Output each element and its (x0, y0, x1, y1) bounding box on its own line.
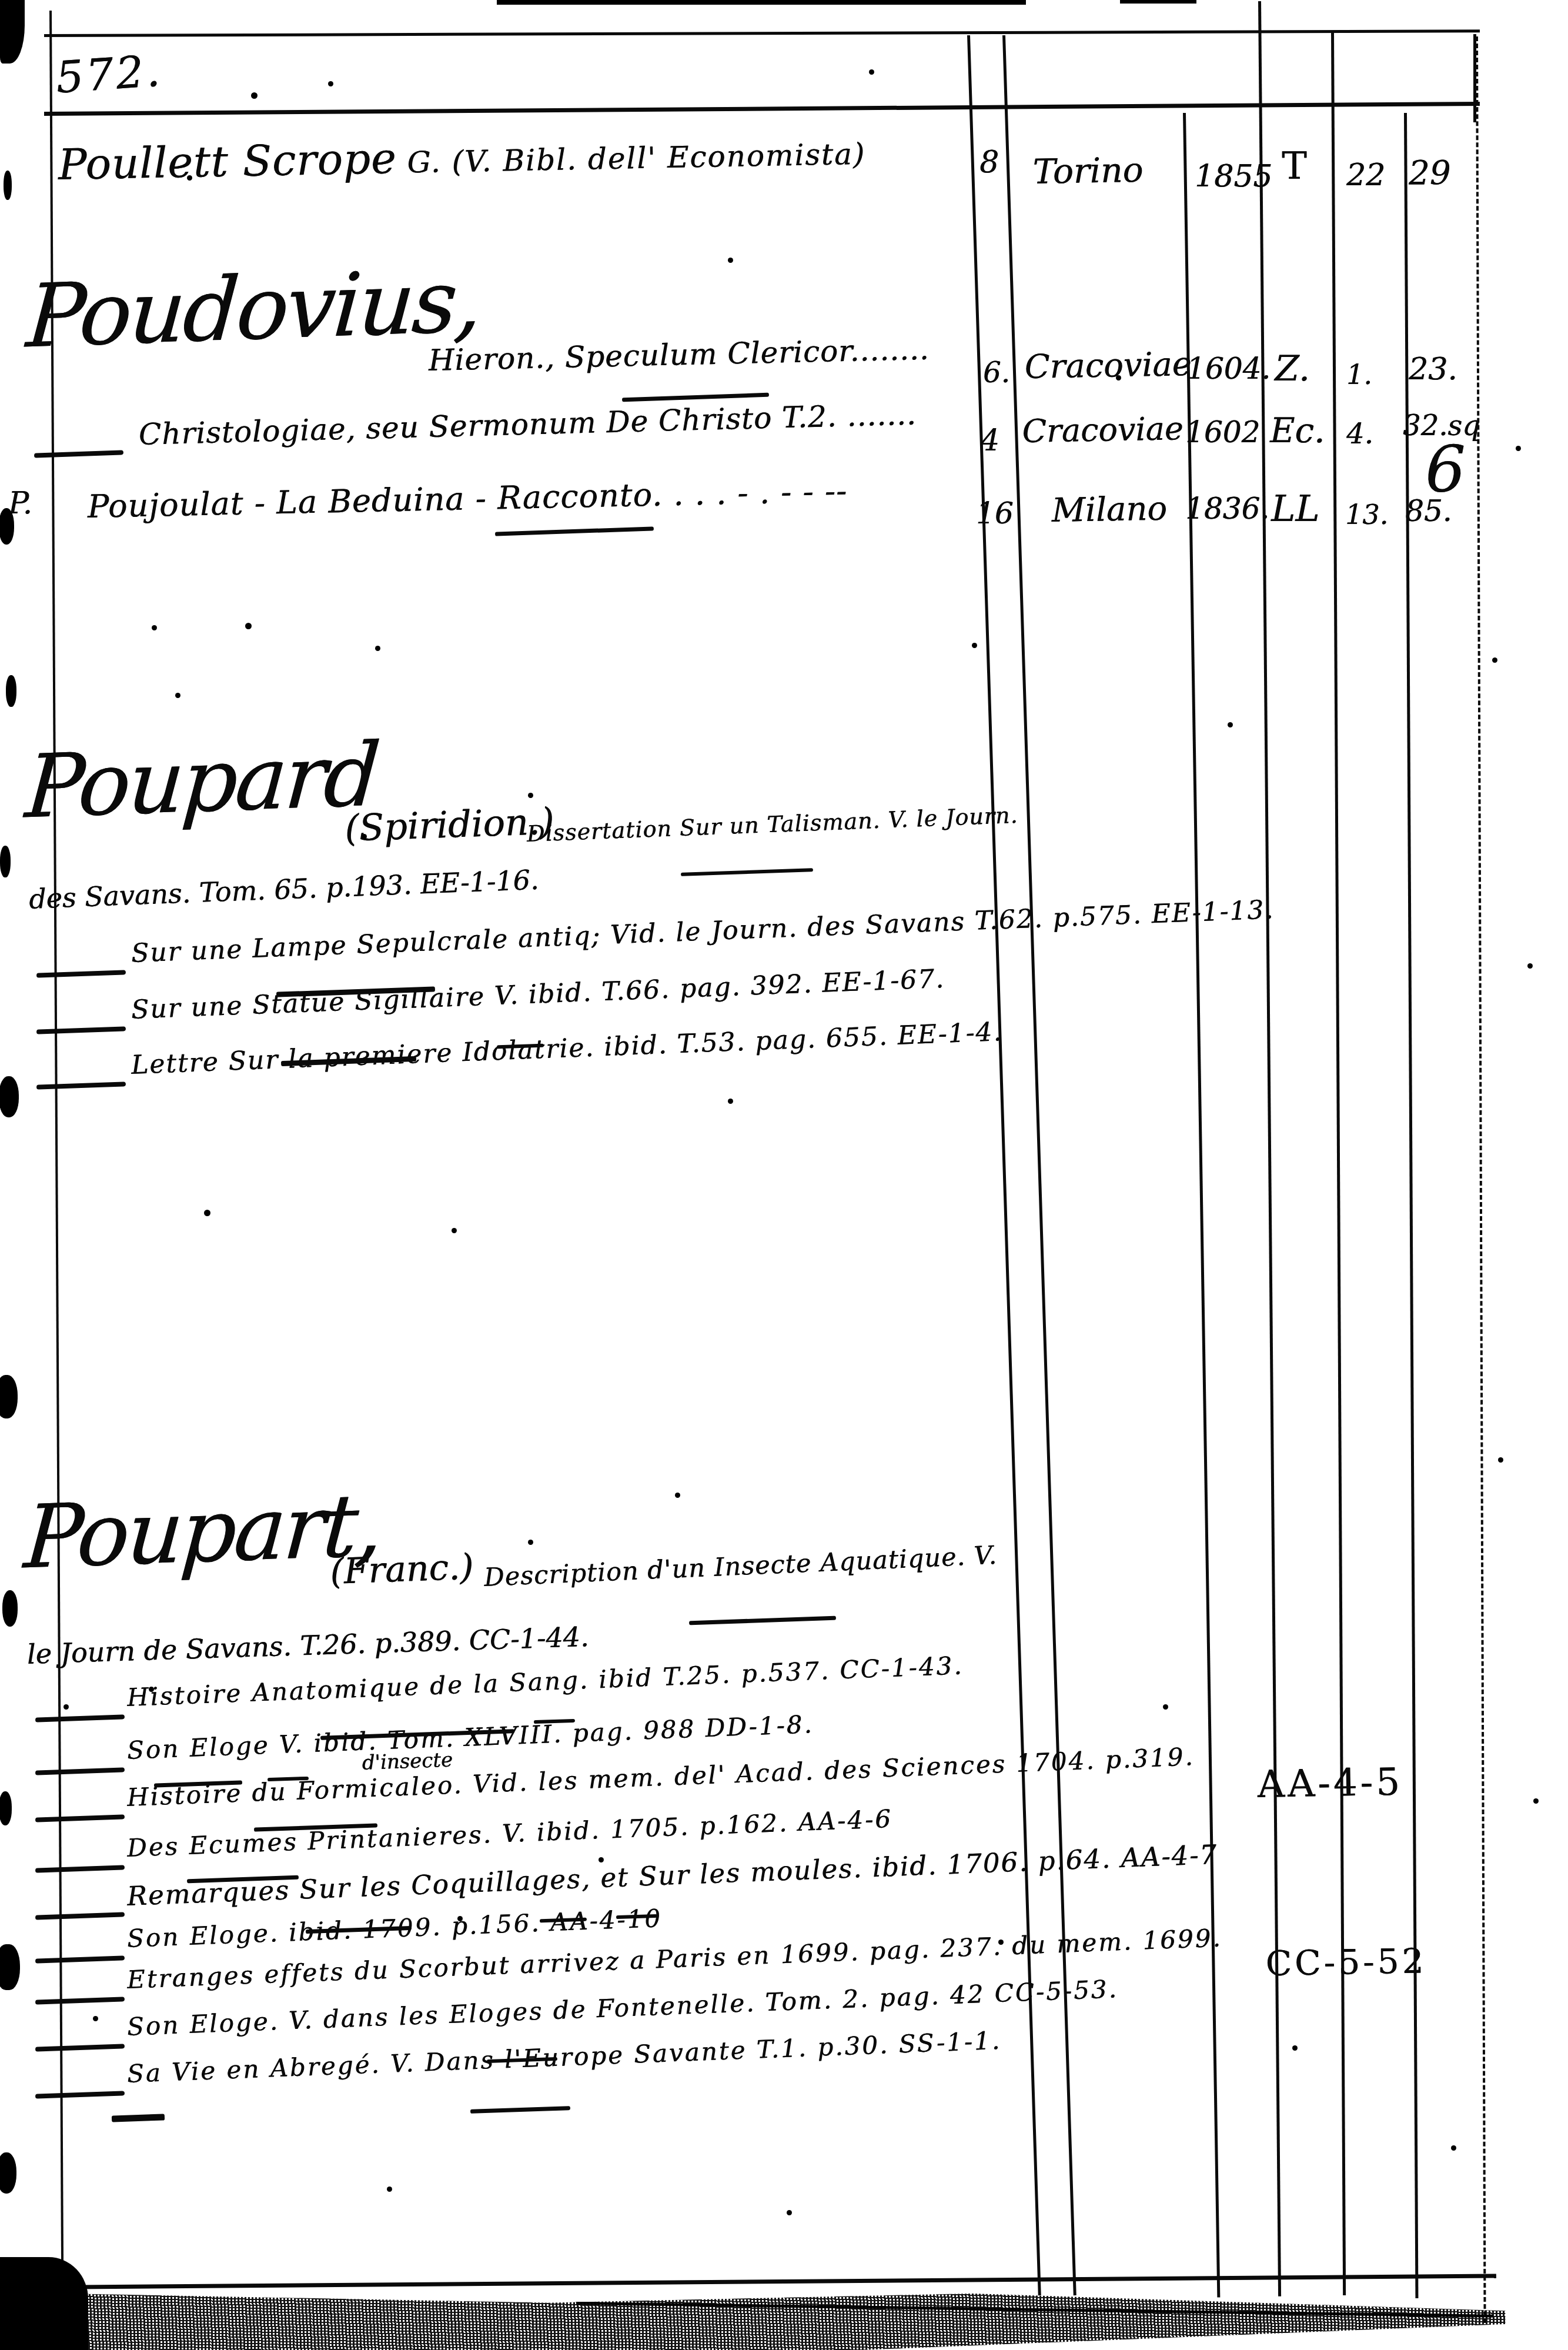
place-col-value: Milano (1051, 490, 1167, 530)
underline-stroke (689, 1616, 836, 1625)
scan-artifact (0, 0, 3, 3)
headword: Poudovius, (24, 250, 484, 367)
author-initial: G. (396, 145, 452, 180)
top-rule (44, 29, 1480, 37)
year-col-value: 1836. (1185, 492, 1269, 526)
author-note: (V. Bibl. dell' Economista) (452, 137, 866, 179)
entry-line: Sur une Lampe Sepulcrale antiq; Vid. le … (131, 894, 1275, 969)
series-col-value: LL (1271, 487, 1319, 530)
shelf-col-value: 22 (1346, 158, 1385, 193)
entry-title: Dissertation Sur un Talisman. V. le Jour… (526, 802, 1018, 847)
format-col-value: 6. (983, 356, 1010, 389)
interlinear-insertion: d'insecte (362, 1748, 453, 1775)
scan-artifact (497, 0, 1026, 5)
headword: Poullett Scrope (58, 133, 397, 189)
header-rule (44, 102, 1480, 116)
year-col-value: 1604. (1186, 352, 1271, 386)
ditto-dash (35, 1714, 125, 1722)
shelf-col-value: 1. (1346, 359, 1372, 390)
ditto-dash (36, 1026, 126, 1034)
entry-carryover-line: des Savans. Tom. 65. p.193. EE-1-16. (28, 864, 539, 915)
underline-stroke (495, 526, 654, 536)
scan-artifact (1120, 0, 1196, 4)
entry-line: Des Ecumes Printanieres. V. ibid. 1705. … (126, 1804, 893, 1862)
column-rule-dashed (1476, 36, 1486, 2323)
number-col-value: 29 (1409, 154, 1450, 192)
underline-stroke (470, 2106, 570, 2114)
entry-carryover-line: le Journ de Savans. T.26. p.389. CC-1-44… (26, 1621, 589, 1670)
place-col-value: Cracoviae (1024, 345, 1192, 386)
table-row-title: Poujoulat - La Beduina - Racconto. . . .… (87, 472, 848, 525)
place-col-value: Torino (1032, 150, 1144, 192)
shelf-col-value: 4. (1346, 418, 1373, 450)
ditto-dash (34, 450, 123, 458)
format-col-value: 16 (976, 496, 1014, 530)
place-col-value: Cracoviae (1022, 410, 1183, 450)
format-col-value: 8 (979, 145, 999, 180)
underline-stroke (622, 393, 769, 402)
ditto-dash (35, 1955, 125, 1963)
series-col-value: Z. (1275, 348, 1310, 389)
series-col-value: T (1282, 145, 1307, 188)
shelf-col-value: 13. (1345, 499, 1388, 530)
entry-forename: (Franc.) (329, 1546, 474, 1592)
entry-title: Description d'un Insecte Aquatique. V. (483, 1541, 998, 1593)
table-row-title: Poullett Scrope G. (V. Bibl. dell' Econo… (58, 125, 866, 189)
entry-forename: (Spiridion.) (344, 800, 555, 850)
scan-artifact (4, 171, 12, 200)
number-col-value: 23. (1409, 352, 1457, 387)
ditto-dash (35, 1997, 125, 2004)
ditto-dash (36, 970, 126, 977)
ditto-dash (36, 1081, 126, 1089)
year-col-value: 1602 (1185, 415, 1260, 449)
ditto-dash (35, 1814, 125, 1822)
scan-artifact (0, 0, 25, 64)
table-row-title: Hieron., Speculum Clericor........ (428, 332, 930, 378)
series-col-value: Ec. (1270, 410, 1325, 450)
year-col-value: 1855 (1195, 159, 1272, 194)
margin-letter: P. (8, 486, 32, 521)
underline-stroke (681, 868, 813, 876)
table-row-title: Christologiae, seu Sermonum De Christo T… (138, 397, 917, 452)
number-col-value: 85. (1405, 494, 1452, 528)
page-number: 572. (54, 45, 163, 103)
entry-headword: Poupard (22, 724, 381, 837)
ditto-dash (35, 2091, 125, 2098)
right-corner-rule (1473, 34, 1476, 122)
entry-line: Sur une Statue Sigillaire V. ibid. T.66.… (131, 964, 945, 1025)
entry-line: Lettre Sur la premiere Idolatrie. ibid. … (131, 1017, 1003, 1080)
scan-artifact-bottom-band (0, 2292, 1568, 2350)
ditto-dash (35, 1912, 125, 1920)
shelfmark-code: CC-5-52 (1265, 1941, 1427, 1984)
ditto-dash (35, 1865, 125, 1872)
shelfmark-code: AA-4-5 (1257, 1761, 1403, 1807)
format-col-value: 4 (981, 423, 999, 458)
entry-line: Son Eloge V. ibid. Tom. XLVIII. pag. 988… (126, 1710, 814, 1765)
ditto-dash (35, 2044, 125, 2051)
ditto-dash (35, 1767, 125, 1775)
underline-stroke (112, 2114, 165, 2122)
scanned-catalog-page: 572. Poullett Scrope G. (V. Bibl. dell' … (0, 0, 1568, 2350)
